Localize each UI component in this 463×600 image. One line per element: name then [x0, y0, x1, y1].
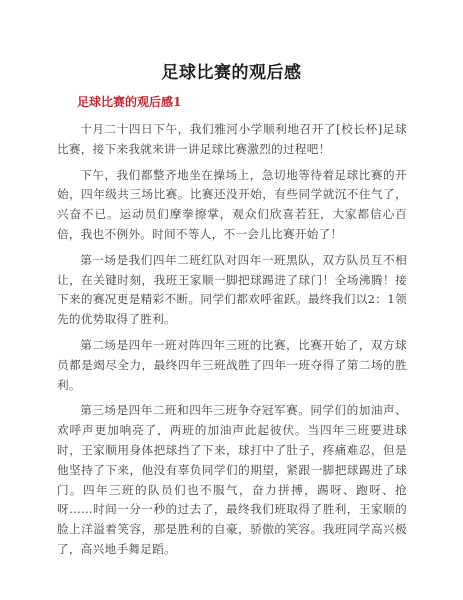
paragraph: 下午，我们都整齐地坐在操场上，急切地等待着足球比赛的开始，四年级共三场比赛。比赛…: [57, 166, 407, 245]
section-subtitle: 足球比赛的观后感1: [77, 93, 181, 110]
paragraph: 第三场是四年二班和四年三班争夺冠军赛。同学们的加油声、欢呼声更加响亮了，两班的加…: [57, 401, 407, 559]
document-title: 足球比赛的观后感: [0, 58, 463, 83]
paragraph: 十月二十四日下午，我们雅河小学顺利地召开了[校长杯]足球比赛，接下来我就来讲一讲…: [57, 120, 407, 160]
document-body: 十月二十四日下午，我们雅河小学顺利地召开了[校长杯]足球比赛，接下来我就来讲一讲…: [57, 120, 407, 566]
paragraph: 第一场是我们四年二班红队对四年一班黑队，双方队员互不相让，在关键时刻，我班王家顺…: [57, 251, 407, 330]
document-page: 足球比赛的观后感 足球比赛的观后感1 十月二十四日下午，我们雅河小学顺利地召开了…: [0, 0, 463, 600]
paragraph: 第二场是四年一班对阵四年三班的比赛，比赛开始了，双方球员都是竭尽全力，最终四年三…: [57, 336, 407, 395]
